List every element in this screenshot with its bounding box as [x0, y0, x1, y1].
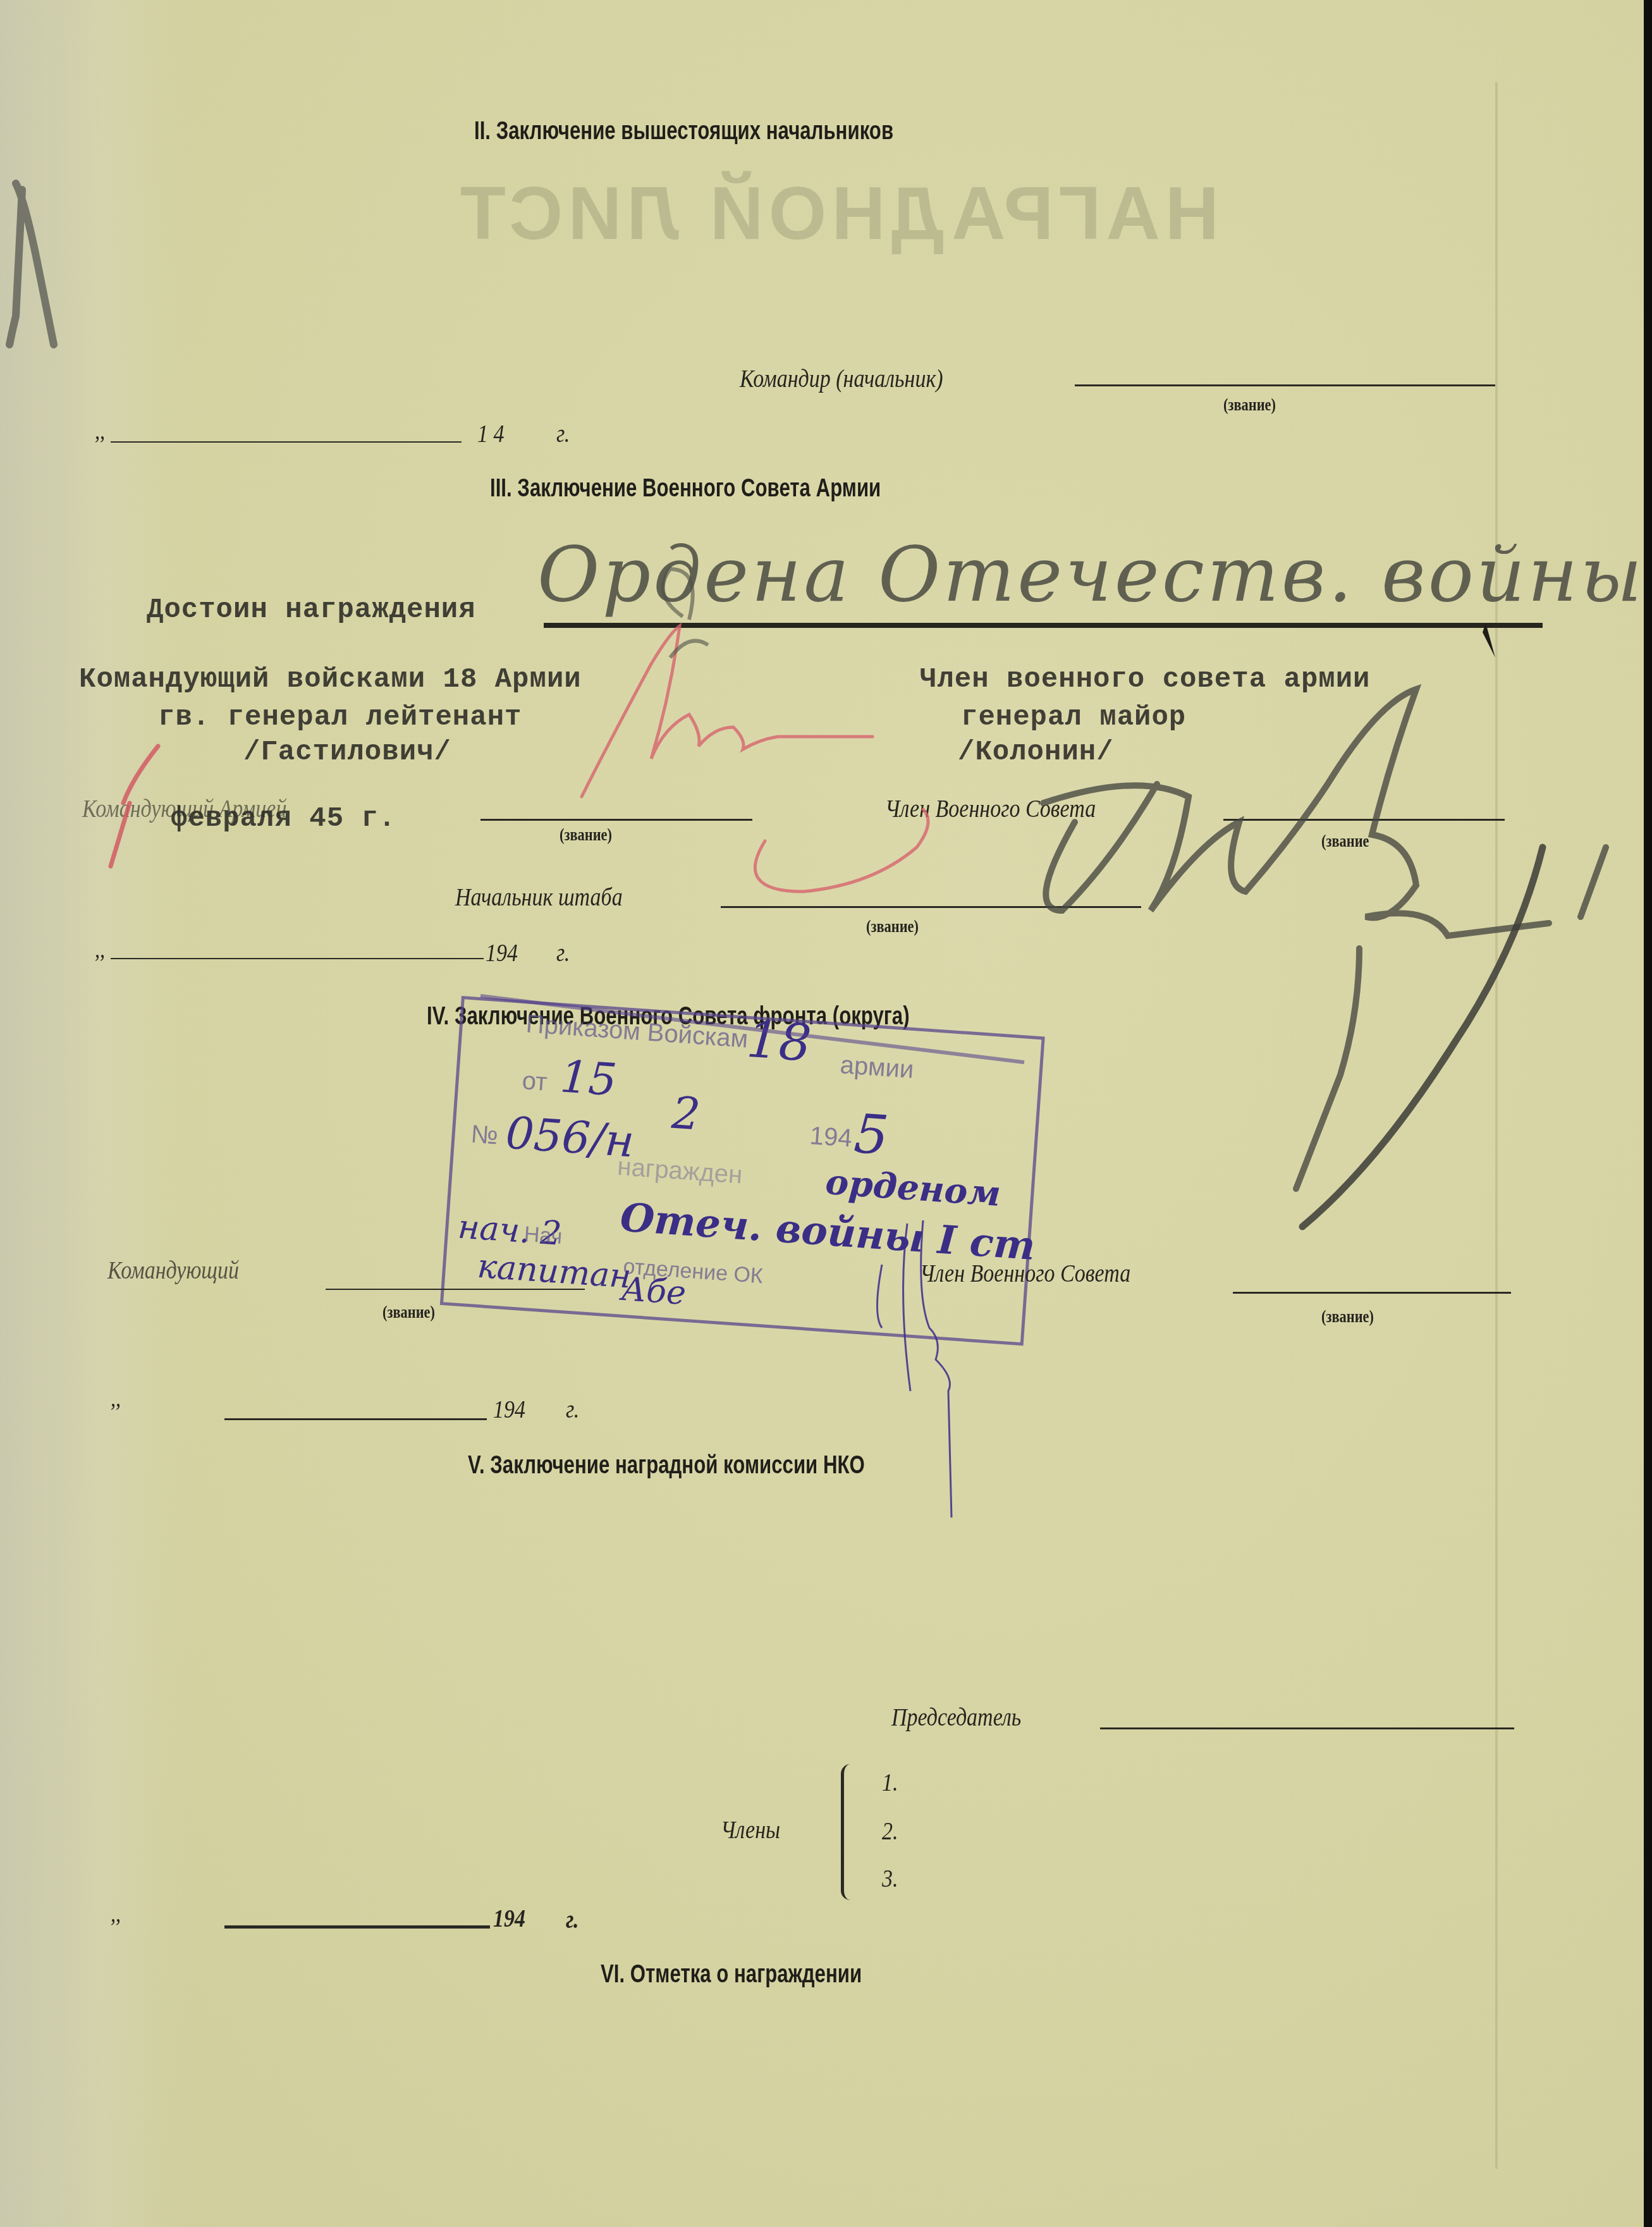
- handwriting-overlay: [0, 0, 1652, 2227]
- stamp-strike-line: [480, 996, 1024, 1062]
- red-pencil-check-icon: [111, 746, 158, 866]
- red-pencil-signature-icon: [582, 626, 928, 892]
- arrow-mark-icon: [1483, 623, 1495, 658]
- violet-ink-signature-icon: [878, 1220, 952, 1518]
- graphite-long-stroke-icon: [1302, 847, 1543, 1227]
- graphite-signature-flourish-icon: [663, 569, 708, 658]
- graphite-signature-icon: [1043, 689, 1606, 1189]
- margin-pencil-mark-icon: [9, 183, 54, 345]
